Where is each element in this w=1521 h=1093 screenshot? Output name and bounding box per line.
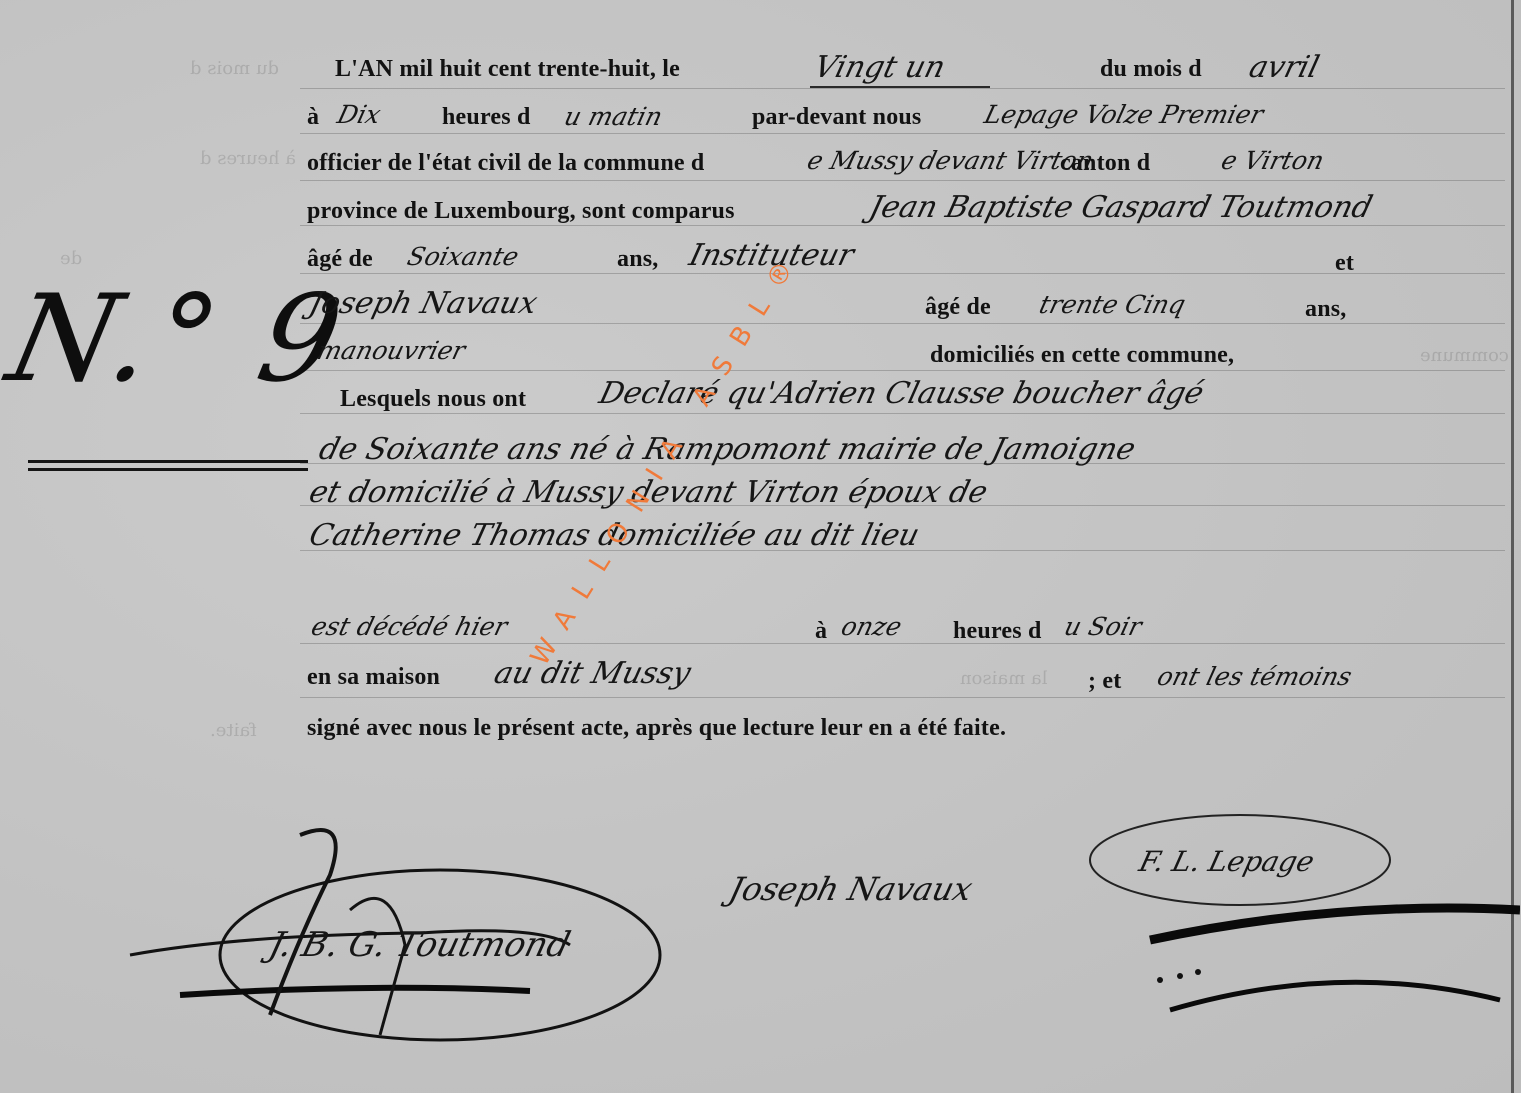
printed-text: officier de l'état civil de la commune d — [307, 150, 704, 177]
handwritten-witness-2: Joseph Navaux — [306, 286, 541, 321]
handwritten-day: Vingt un — [811, 50, 949, 85]
ruled-line — [300, 413, 1505, 414]
signature-lepage: F. L. Lepage — [1080, 800, 1520, 1024]
ruled-line — [300, 88, 1505, 89]
double-rule — [28, 460, 308, 463]
handwritten-death-time-of-day: u Soir — [1061, 612, 1144, 641]
bleedthrough-text: la maison — [960, 668, 1047, 689]
ruled-line — [300, 323, 1505, 324]
printed-text: Lesquels nous ont — [340, 386, 526, 413]
signature-text: J. B. G. Toutmond — [265, 925, 574, 965]
printed-text: à — [815, 618, 827, 645]
handwritten-hour: Dix — [334, 100, 383, 129]
printed-text: à — [307, 104, 319, 131]
printed-text: en sa maison — [307, 664, 440, 691]
printed-text: âgé de — [307, 246, 373, 273]
ruled-line — [300, 133, 1505, 134]
handwritten-witness-1: Jean Baptiste Gaspard Toutmond — [866, 190, 1376, 225]
printed-text: signé avec nous le présent acte, après q… — [307, 715, 1006, 742]
bleedthrough-text: commune — [1420, 345, 1509, 366]
handwritten-deceased-details: de Soixante ans né à Rampomont mairie de… — [316, 432, 1139, 467]
ruled-line — [300, 225, 1505, 226]
ruled-line — [300, 643, 1505, 644]
printed-text: ans, — [1305, 296, 1347, 323]
bleedthrough-text: de — [60, 248, 82, 269]
handwritten-witness-clause: ont les témoins — [1154, 662, 1354, 691]
printed-text: province de Luxembourg, sont comparus — [307, 198, 735, 225]
bleedthrough-text: faite. — [210, 720, 257, 741]
handwritten-commune: e Mussy devant Virton — [804, 146, 1096, 175]
signature-text: F. L. Lepage — [1136, 845, 1318, 878]
signature-toutmond: J. B. G. Toutmond — [120, 815, 680, 1069]
handwritten-age-2: trente Cinq — [1036, 290, 1188, 319]
printed-text: domiciliés en cette commune, — [930, 342, 1234, 369]
fill-line — [810, 86, 990, 88]
printed-text: ans, — [617, 246, 659, 273]
handwritten-officer: Lepage Volze Premier — [981, 100, 1266, 129]
handwritten-age-1: Soixante — [404, 242, 521, 271]
handwritten-canton: e Virton — [1218, 146, 1327, 175]
double-rule — [28, 468, 308, 471]
bleedthrough-text: à heures d — [200, 148, 296, 169]
handwritten-place-of-death: au dit Mussy — [491, 656, 695, 691]
ruled-line — [300, 370, 1505, 371]
printed-text: heures d — [953, 618, 1042, 645]
printed-text: âgé de — [925, 294, 991, 321]
ruled-line — [300, 273, 1505, 274]
ruled-line — [300, 180, 1505, 181]
signature-text: Joseph Navaux — [725, 870, 976, 908]
printed-text: L'AN mil huit cent trente-huit, le — [335, 56, 680, 83]
handwritten-time-of-day: u matin — [561, 102, 665, 131]
printed-text: par-devant nous — [752, 104, 921, 131]
printed-text: ; et — [1088, 668, 1121, 695]
printed-text: heures d — [442, 104, 531, 131]
bleedthrough-text: du mois d — [190, 58, 279, 79]
document-page: du mois d à heures d de commune la maiso… — [0, 0, 1521, 1093]
signature-flourish-icon — [1080, 800, 1520, 1020]
act-number: N.° 9 — [0, 270, 357, 409]
printed-text: du mois d — [1100, 56, 1202, 83]
printed-text: canton d — [1060, 150, 1150, 177]
ruled-line — [300, 697, 1505, 698]
handwritten-profession-2: manouvrier — [314, 336, 468, 365]
handwritten-month: avril — [1246, 50, 1323, 85]
printed-text: et — [1335, 250, 1354, 277]
handwritten-death-hour: onze — [838, 612, 904, 641]
handwritten-death-statement: est décédé hier — [308, 612, 510, 641]
